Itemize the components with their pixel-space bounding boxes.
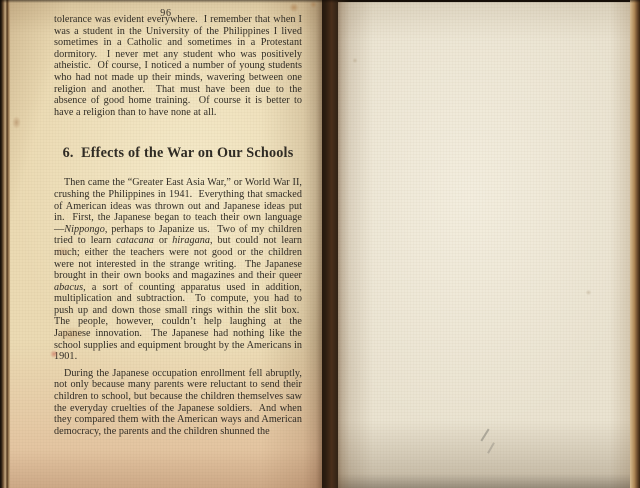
open-book-photo: tolerance was evident everywhere. I reme… xyxy=(0,0,640,488)
text-run: or xyxy=(154,235,172,246)
left-page: tolerance was evident everywhere. I reme… xyxy=(10,0,322,488)
paragraph: tolerance was evident everywhere. I reme… xyxy=(54,14,302,118)
pencil-mark xyxy=(480,429,489,442)
italic-term: abacus xyxy=(54,282,83,293)
italic-term: hiragana xyxy=(172,235,210,246)
text-block: tolerance was evident everywhere. I reme… xyxy=(54,14,302,437)
text-run: tolerance was evident everywhere. I reme… xyxy=(54,14,302,118)
text-run: , a sort of counting apparatus used in a… xyxy=(54,282,302,363)
italic-term: Nippongo xyxy=(64,224,105,235)
italic-term: catacana xyxy=(116,235,154,246)
pencil-mark xyxy=(487,442,495,453)
page-stack-edge-left xyxy=(0,0,10,488)
cover-edge-right xyxy=(630,0,640,488)
text-run: During the Japanese occupation enrollmen… xyxy=(54,368,302,437)
stain xyxy=(12,116,21,129)
right-page-blank xyxy=(338,2,630,488)
photo-top-shadow xyxy=(0,0,640,3)
paragraph: During the Japanese occupation enrollmen… xyxy=(54,368,302,438)
foxing-spot xyxy=(585,290,592,295)
paragraph: Then came the “Greater East Asia War,” o… xyxy=(54,177,302,363)
section-heading: 6. Effects of the War on Our Schools xyxy=(54,145,302,162)
foxing-spot xyxy=(352,58,358,63)
book-gutter-shadow xyxy=(316,0,350,488)
paper-texture xyxy=(338,2,630,488)
